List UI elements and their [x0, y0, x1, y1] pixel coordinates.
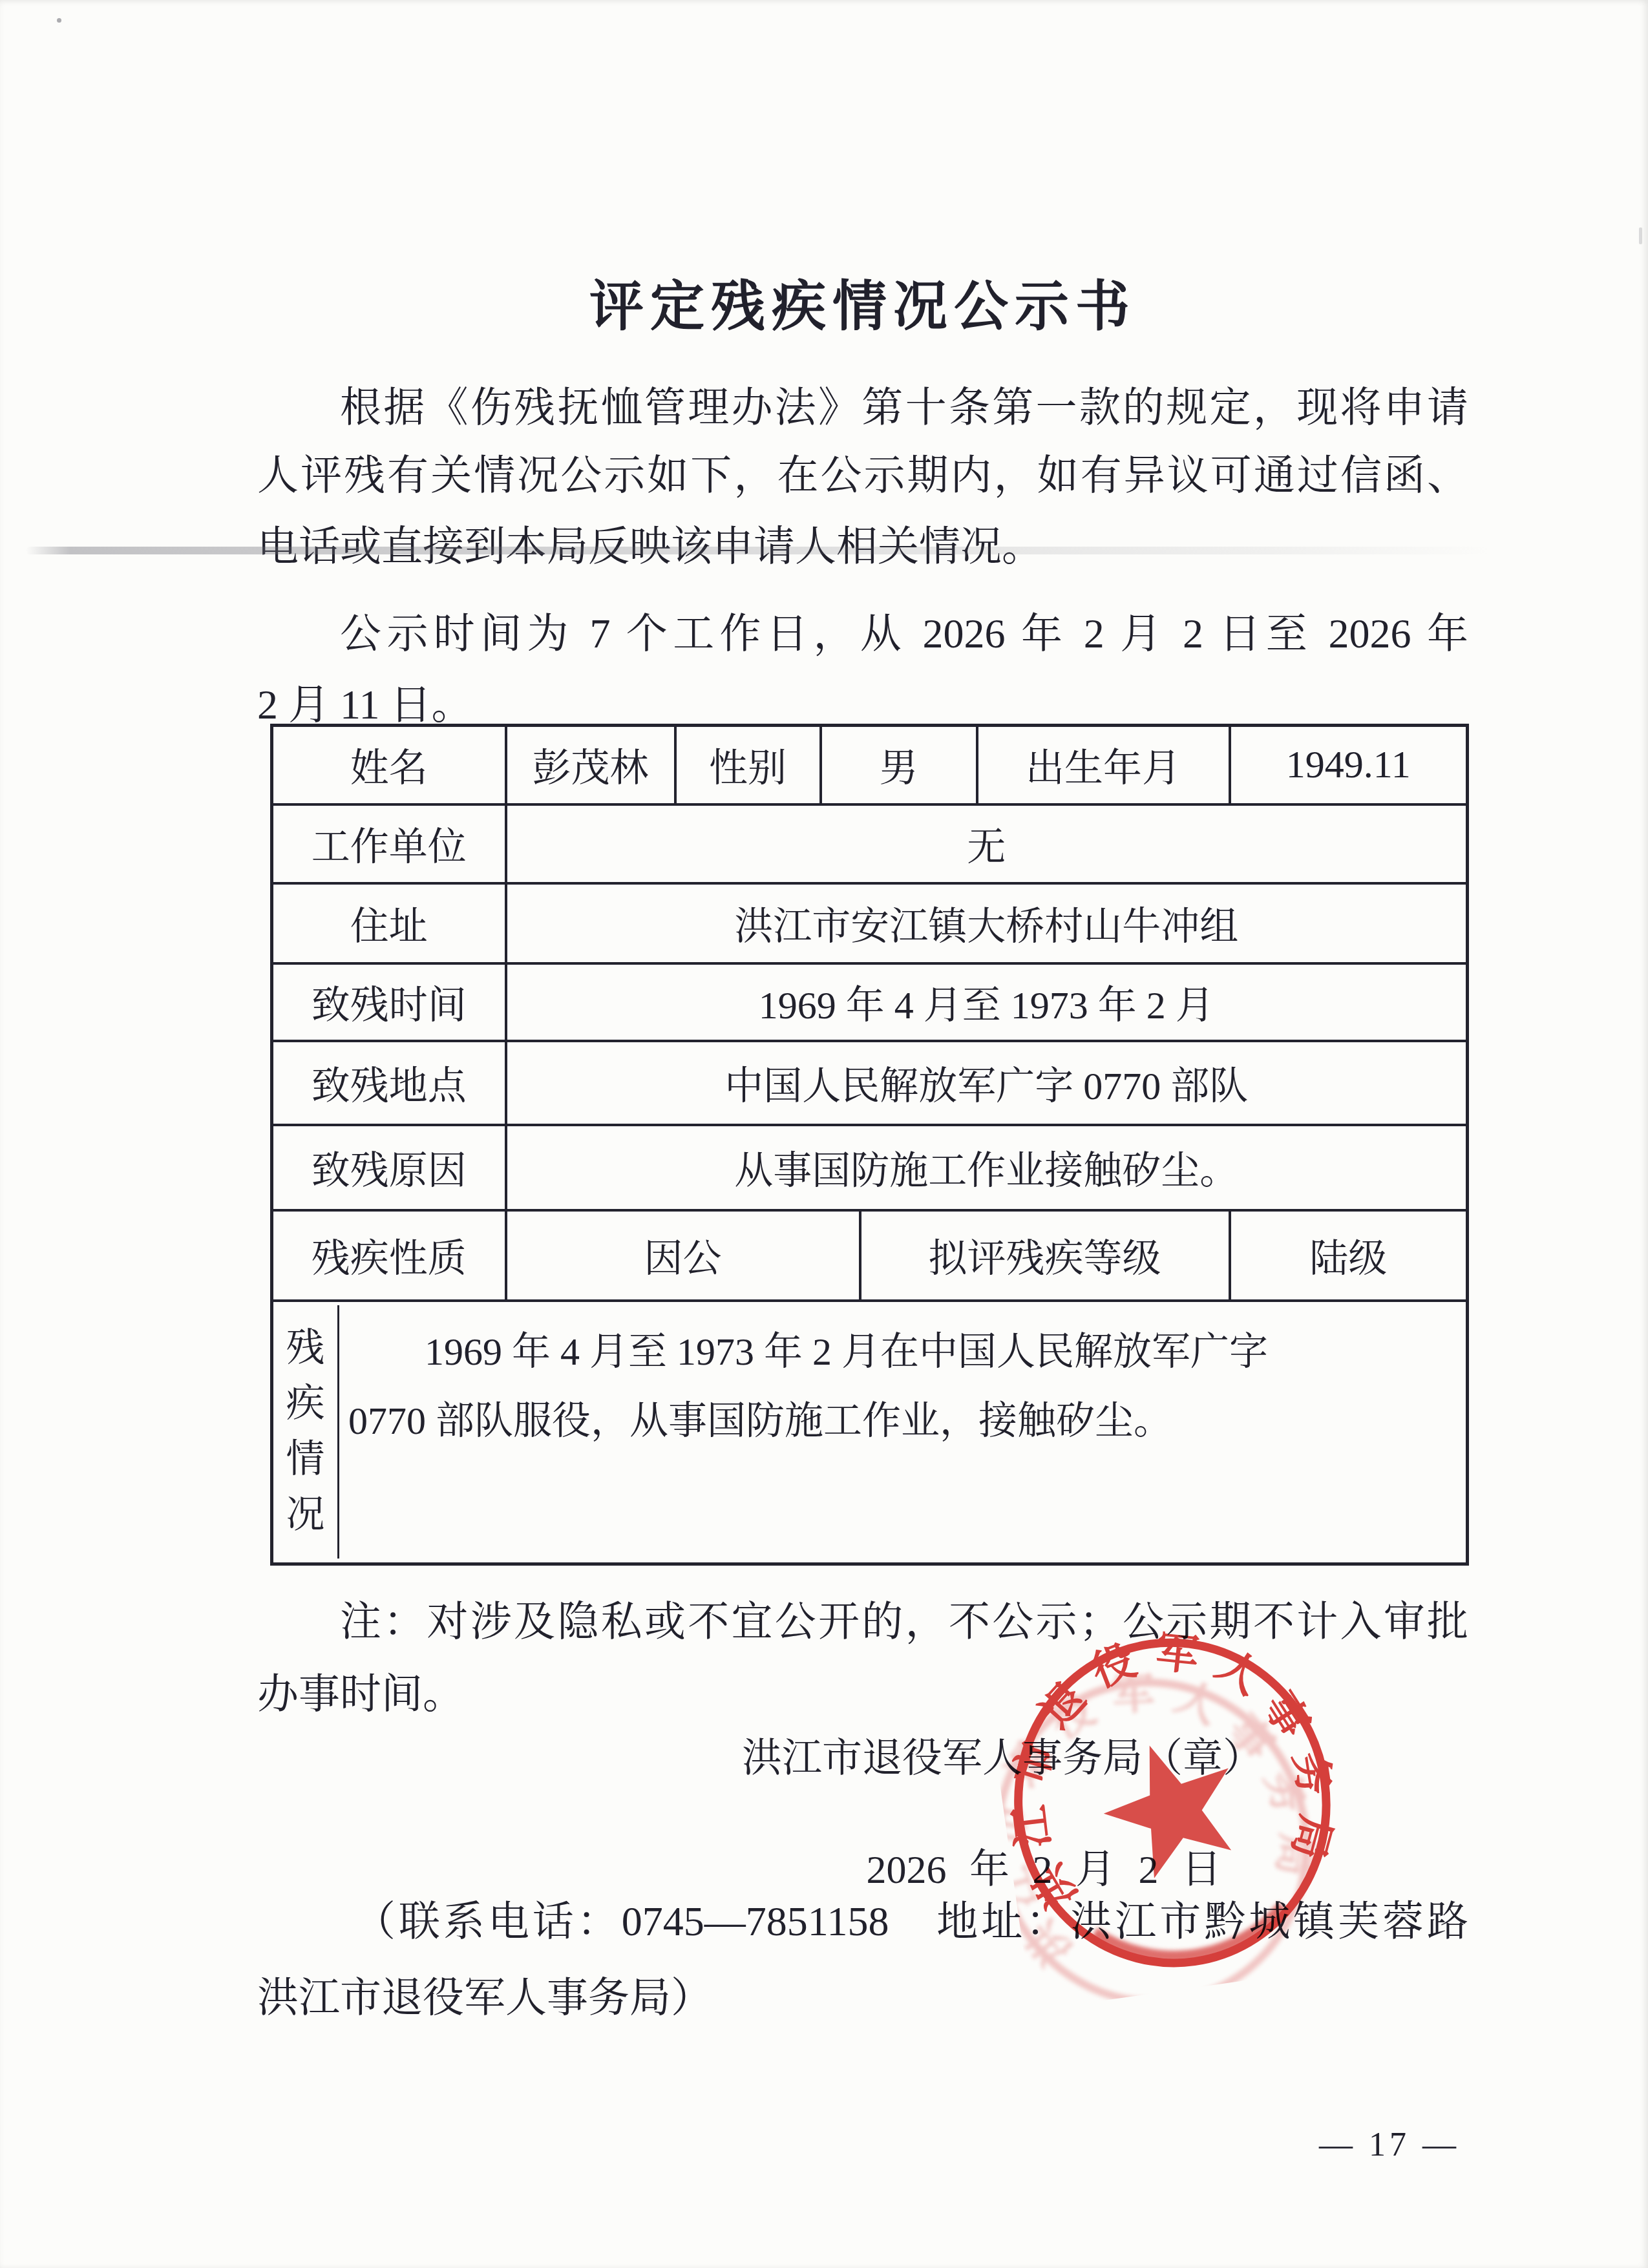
intro-paragraph-line1: 根据《伤残抚恤管理办法》第十条第一款的规定，现将申请 — [257, 383, 1468, 432]
disability-time-value: 1969 年 4 月至 1973 年 2 月 — [506, 963, 1468, 1041]
disability-detail-wrap: 残 疾 情 况 1969 年 4 月至 1973 年 2 月在中国人民解放军广字… — [273, 1305, 1466, 1559]
schedule-paragraph-line1: 公示时间为 7 个工作日，从 2026 年 2 月 2 日至 2026 年 — [257, 609, 1468, 658]
workunit-value: 无 — [506, 804, 1468, 883]
gender-value: 男 — [821, 726, 977, 804]
scanned-document-page: 评定残疾情况公示书 根据《伤残抚恤管理办法》第十条第一款的规定，现将申请 人评残… — [0, 0, 1648, 2268]
page-number: — 17 — — [1299, 2126, 1480, 2164]
detail-label-char: 况 — [286, 1484, 325, 1539]
disability-cause-label: 致残原因 — [272, 1125, 506, 1210]
gender-label: 性别 — [675, 726, 821, 804]
intro-paragraph-line2: 人评残有关情况公示如下，在公示期内，如有异议可通过信函、 — [257, 451, 1468, 500]
scan-speck — [57, 18, 61, 23]
disability-place-label: 致残地点 — [272, 1041, 506, 1125]
table-row-disability-nature: 残疾性质 因公 拟评残疾等级 陆级 — [272, 1210, 1468, 1301]
address-label: 住址 — [272, 883, 506, 963]
birthdate-label: 出生年月 — [977, 726, 1230, 804]
address-value: 洪江市安江镇大桥村山牛冲组 — [506, 883, 1468, 963]
contact-line2: 洪江市退役军人事务局） — [257, 1973, 1468, 2022]
detail-label-char: 残 — [286, 1317, 325, 1372]
name-label: 姓名 — [272, 726, 506, 804]
table-row-disability-place: 致残地点 中国人民解放军广字 0770 部队 — [272, 1041, 1468, 1125]
disability-place-value: 中国人民解放军广字 0770 部队 — [506, 1041, 1468, 1125]
disability-detail-text: 1969 年 4 月至 1973 年 2 月在中国人民解放军广字 0770 部队… — [339, 1305, 1466, 1559]
birthdate-value: 1949.11 — [1230, 726, 1468, 804]
table-row-disability-time: 致残时间 1969 年 4 月至 1973 年 2 月 — [272, 963, 1468, 1041]
table-row-disability-detail: 残 疾 情 况 1969 年 4 月至 1973 年 2 月在中国人民解放军广字… — [272, 1301, 1468, 1564]
disability-time-label: 致残时间 — [272, 963, 506, 1041]
name-value: 彭茂林 — [506, 726, 675, 804]
scan-edge-mark — [1639, 227, 1642, 244]
official-seal-stamp: 洪江市退役军人事务局 洪江市退役军人事务局 — [982, 1606, 1365, 2011]
disability-cause-value: 从事国防施工作业接触矽尘。 — [506, 1125, 1468, 1210]
disability-nature-label: 残疾性质 — [272, 1210, 506, 1301]
schedule-paragraph-line2: 2 月 11 日。 — [257, 680, 1468, 730]
grade-value: 陆级 — [1230, 1210, 1468, 1301]
detail-text-line2: 0770 部队服役，从事国防施工作业，接触矽尘。 — [348, 1391, 1437, 1451]
scan-artifact-streak — [26, 547, 1493, 554]
disability-nature-value: 因公 — [506, 1210, 860, 1301]
disability-detail-label: 残 疾 情 况 — [273, 1305, 339, 1559]
table-row-name: 姓名 彭茂林 性别 男 出生年月 1949.11 — [272, 726, 1468, 804]
table-row-disability-cause: 致残原因 从事国防施工作业接触矽尘。 — [272, 1125, 1468, 1210]
workunit-label: 工作单位 — [272, 804, 506, 883]
grade-label: 拟评残疾等级 — [860, 1210, 1230, 1301]
disability-assessment-table: 姓名 彭茂林 性别 男 出生年月 1949.11 工作单位 无 住址 洪江市安江… — [270, 724, 1469, 1566]
detail-text-line1: 1969 年 4 月至 1973 年 2 月在中国人民解放军广字 — [348, 1322, 1437, 1382]
page-title: 评定残疾情况公示书 — [257, 278, 1468, 337]
detail-label-char: 情 — [286, 1428, 325, 1484]
detail-label-char: 疾 — [286, 1372, 325, 1428]
seal-star-icon — [1095, 1735, 1242, 1884]
table-row-address: 住址 洪江市安江镇大桥村山牛冲组 — [272, 883, 1468, 963]
table-row-workunit: 工作单位 无 — [272, 804, 1468, 883]
